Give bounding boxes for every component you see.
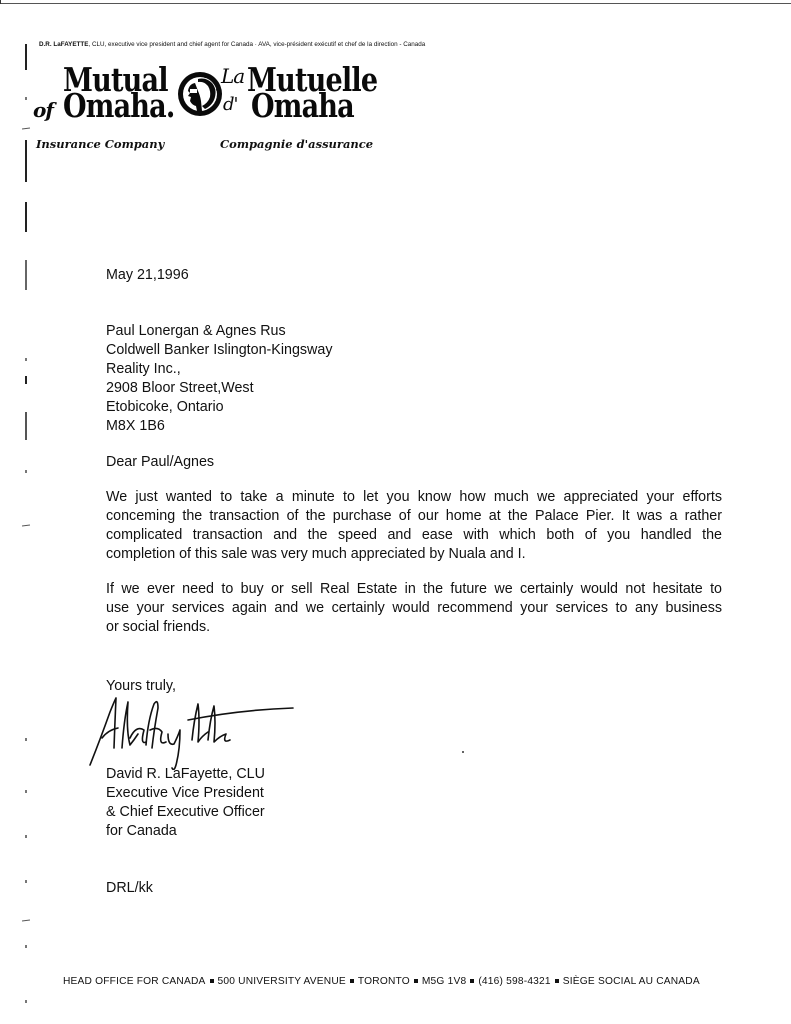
scan-margin-mark <box>25 202 27 232</box>
scan-margin-mark <box>25 260 27 290</box>
logo-of: of <box>33 98 53 122</box>
scan-margin-mark <box>25 790 27 793</box>
logo-la: La <box>221 64 244 88</box>
scan-margin-mark <box>25 835 27 838</box>
logo-tagline-english: Insurance Company <box>36 137 164 151</box>
address-line: Coldwell Banker Islington-Kingsway <box>106 341 722 360</box>
signer-title: for Canada <box>106 822 722 841</box>
bullet-separator-icon <box>350 979 354 983</box>
scan-margin-mark <box>25 1000 27 1003</box>
footer-segment: 500 UNIVERSITY AVENUE <box>218 976 346 987</box>
paragraph-line: conceming the transaction of the purchas… <box>106 507 722 526</box>
paragraph-line: use your services again and we certainly… <box>106 599 722 618</box>
footer-segment: SIÈGE SOCIAL AU CANADA <box>563 976 700 987</box>
footer-address: HEAD OFFICE FOR CANADA500 UNIVERSITY AVE… <box>63 976 700 987</box>
handwritten-signature-icon <box>88 690 303 770</box>
footer-segment: HEAD OFFICE FOR CANADA <box>63 976 206 987</box>
recipient-address: Paul Lonergan & Agnes Rus Coldwell Banke… <box>106 322 722 436</box>
bullet-separator-icon <box>414 979 418 983</box>
scan-margin-mark <box>25 945 27 948</box>
footer-segment: M5G 1V8 <box>422 976 466 987</box>
body-paragraph-2: If we ever need to buy or sell Real Esta… <box>106 580 722 637</box>
address-line: 2908 Bloor Street,West <box>106 379 722 398</box>
logo-tagline-french: Compagnie d'assurance <box>220 137 373 151</box>
scan-margin-mark <box>25 140 27 182</box>
scan-margin-mark <box>25 97 27 100</box>
signer-name: David R. LaFayette, CLU <box>106 765 722 784</box>
scan-margin-mark <box>22 919 30 921</box>
logo-d: d' <box>223 94 237 115</box>
footer-segment: TORONTO <box>358 976 410 987</box>
signer-block: David R. LaFayette, CLU Executive Vice P… <box>106 765 722 841</box>
letter-date: May 21,1996 <box>106 266 722 285</box>
scan-margin-mark <box>25 880 27 883</box>
scan-margin-mark <box>25 738 27 741</box>
address-line: Reality Inc., <box>106 360 722 379</box>
address-line: Paul Lonergan & Agnes Rus <box>106 322 722 341</box>
scan-top-border <box>0 3 791 4</box>
address-line: M8X 1B6 <box>106 417 722 436</box>
logo-omaha-fr: Omaha <box>251 86 354 125</box>
scan-margin-mark <box>25 376 27 384</box>
typist-initials: DRL/kk <box>106 879 722 898</box>
scan-margin-mark <box>25 44 27 70</box>
bullet-separator-icon <box>210 979 214 983</box>
scan-top-corner <box>0 0 1 4</box>
bullet-separator-icon <box>470 979 474 983</box>
scan-margin-mark <box>25 412 27 440</box>
footer-segment: (416) 598-4321 <box>478 976 550 987</box>
signer-title: & Chief Executive Officer <box>106 803 722 822</box>
paragraph-line: or social friends. <box>106 618 722 637</box>
salutation: Dear Paul/Agnes <box>106 453 722 472</box>
paragraph-line: We just wanted to take a minute to let y… <box>106 488 722 507</box>
bullet-separator-icon <box>555 979 559 983</box>
executive-title-line: D.R. LaFAYETTE, CLU, executive vice pres… <box>39 41 425 48</box>
body-paragraph-1: We just wanted to take a minute to let y… <box>106 488 722 564</box>
scan-margin-mark <box>22 524 30 526</box>
company-logo: of Mutual Omaha. La Mutuelle d' Omaha In… <box>33 60 378 155</box>
scan-margin-mark <box>25 470 27 473</box>
signer-title: Executive Vice President <box>106 784 722 803</box>
paragraph-line: complicated transaction and the speed an… <box>106 526 722 545</box>
executive-name: D.R. LaFAYETTE <box>39 41 88 48</box>
executive-title: , CLU, executive vice president and chie… <box>88 41 425 48</box>
paragraph-line: completion of this sale was very much ap… <box>106 545 722 564</box>
scan-margin-mark <box>22 127 30 129</box>
address-line: Etobicoke, Ontario <box>106 398 722 417</box>
logo-omaha-en: Omaha. <box>63 86 174 125</box>
scan-speck <box>462 751 464 753</box>
paragraph-line: If we ever need to buy or sell Real Esta… <box>106 580 722 599</box>
indian-head-emblem-icon <box>175 69 225 119</box>
scan-margin-mark <box>25 358 27 361</box>
